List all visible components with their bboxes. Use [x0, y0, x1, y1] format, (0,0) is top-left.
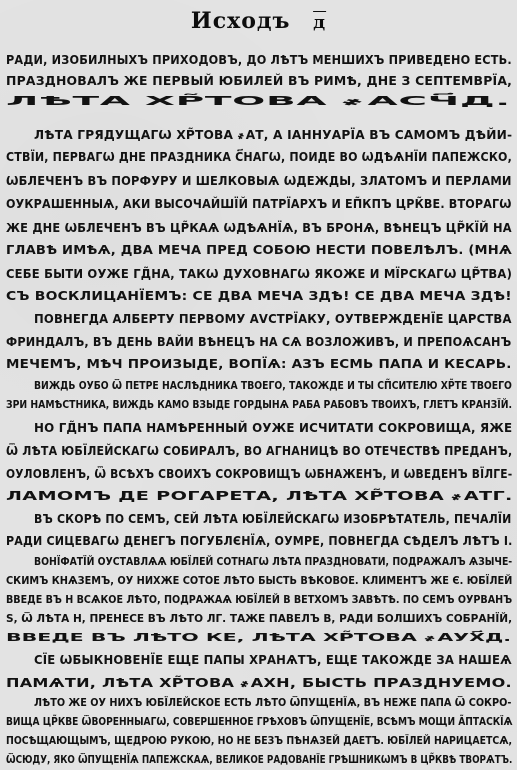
text-line: Праздновалъ же первый Юбилей въ Римѣ, дн… [6, 73, 512, 89]
text-line: главѣ имѣѧ, два меча пред собою нести по… [6, 242, 512, 258]
text-line: Повнегда Алберту первому Аvстрїаку, оутв… [34, 311, 512, 327]
text-line: Но Гд̃нъ Папа намѣренный оуже исчитати с… [34, 420, 512, 436]
text-line: Фриндалъ, въ день вайи вѣнецъ на сѧ возл… [6, 334, 511, 350]
text-line: Лѣто же оу нихъ Юбїлейское есть лѣто ѿпу… [34, 695, 511, 711]
text-line: себе быти оуже Гд̃на, такѡ духовнагѡ яко… [6, 266, 512, 282]
text-line: ѿ лѣта Юбїлейскагѡ собиралъ, во Агнаницѣ… [6, 443, 512, 459]
text-line: ѡблеченъ въ порфуру и шелковыѧ ѡдежды, з… [6, 173, 512, 189]
text-line: Вонїфатїй оуставлѧѧ Юбїлей сотнагѡ лѣта … [34, 554, 512, 570]
page-title: Исходъ д [0, 4, 517, 40]
text-line: съ восклицанїемъ: Се два меча здѣ! се дв… [6, 288, 512, 304]
text-line: введе въ н всѧкое лѣто, подражаѧ Юбїлей … [6, 592, 512, 608]
text-line: Въ скорѣ по семъ, сей лѣта Юбїлейскагѡ и… [34, 511, 511, 527]
text-line: оукрашенныѧ, аки высочайшїй Патрїархъ и … [6, 196, 512, 212]
text-line: Лѣта грядущагѡ Хр̃това ҂ат, а Іаннуарїа … [34, 127, 512, 143]
text-line: ламомъ де Рогарета, лѣта Хр̃това ҂атг. [6, 488, 513, 504]
text-line: ствїи, первагѡ дне праздника С҃нагѡ, пои… [6, 149, 512, 165]
text-line: введе въ лѣто ке, лѣта Хр̃това ҂аух҃д. [6, 630, 511, 646]
text-line: ради, изобилныхъ приходовъ, до лѣтъ менш… [6, 52, 512, 68]
text-line: оуловленъ, ѿ всѣхъ своихъ сокровищъ ѡбна… [6, 466, 512, 482]
text-line: мечемъ, мѣч произыде, вопїѧ: Азъ есмь Па… [6, 356, 512, 372]
text-line: Сїе ѡбыкновенїе еще Папы хранѧтъ, еще та… [34, 652, 512, 668]
text-line: ѿсюду, яко ѿпущенїѧ Папежскаѧ, великое р… [6, 752, 512, 768]
title-text: Исходъ [191, 8, 291, 34]
text-line: памѧти, лѣта Хр̃това ҂ахн, бысть праздну… [6, 675, 512, 691]
text-line: зри намѣстника, виждь камо взыде гордынѧ… [6, 397, 512, 413]
title-number: д [313, 12, 326, 33]
text-line: вища цр̃кве ѿворенныагѡ, совершенное грѣ… [6, 714, 513, 730]
text-line: ради сицевагѡ денегъ погублєнїѧ, оумре, … [6, 533, 513, 549]
text-line: скимъ кнѧземъ, оу нихже сотое лѣто бысть… [6, 573, 512, 589]
text-line: Виждь оубо ѿ Петре наслѣдника твоего, та… [34, 378, 512, 394]
text-line: ѕ, ѿ лѣта н, пренесе въ лѣто лг. Таже Па… [6, 611, 512, 627]
document-page: Исходъ д ради, изобилныхъ приходовъ, до … [0, 0, 517, 770]
text-line: посѣщающымъ, щедрою рукою, но не безъ пѣ… [6, 733, 512, 749]
text-line: же дне ѡблеченъ въ цр̃каѧ ѡдѣѧнїѧ, въ бр… [6, 220, 512, 236]
text-line: лѣта Хр̃това ҂асч҃д. [6, 93, 511, 109]
